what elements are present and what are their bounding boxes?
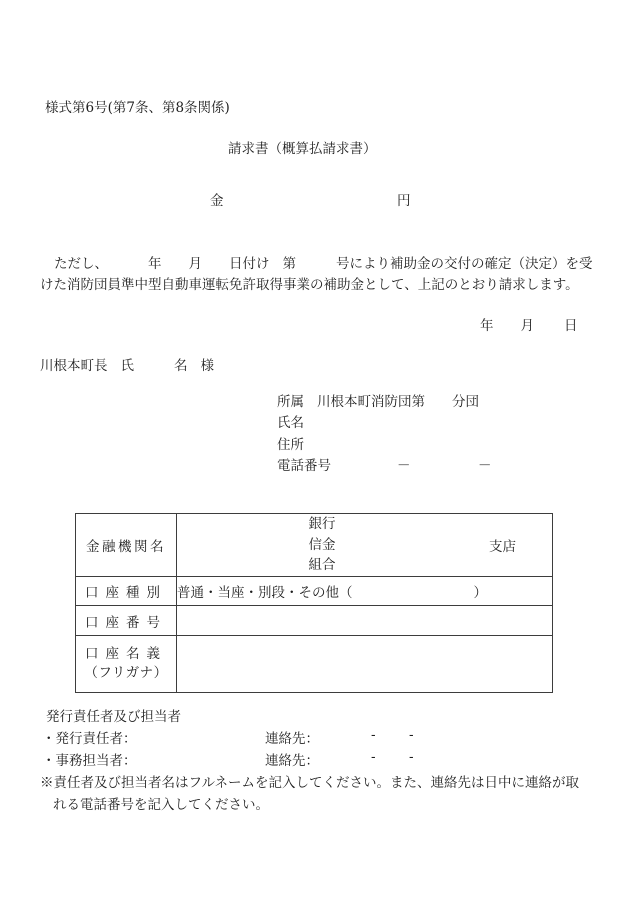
account-type-options: 普通・当座・別段・その他（ (177, 585, 353, 601)
phone-dash-2: － (478, 456, 492, 477)
document-title: 請求書（概算払請求書） (228, 137, 377, 157)
bank-name-cell: 銀行 信金 組合 支店 (177, 514, 553, 577)
table-row-account-number: 口座番号 (76, 606, 553, 636)
clerk-label: ・事務担当者： (42, 749, 137, 769)
date-day-label: 日 (564, 318, 578, 334)
contact-dash-2: - (409, 727, 414, 743)
amount-suffix: 円 (397, 189, 411, 209)
affiliation-label: 所属 (277, 394, 304, 410)
body-line-2: けた消防団員準中型自動車運転免許取得事業の補助金として、上記のとおり請求します。 (40, 275, 606, 296)
table-row-account-holder: 口座名義 （フリガナ） (76, 636, 553, 693)
note-line-2: れる電話番号を記入してください。 (53, 793, 269, 813)
note-line-1: ※責任者及び担当者名はフルネームを記入してください。また、連絡先は日中に連絡が取 (40, 771, 579, 791)
affiliation-value: 川根本町消防団第 (317, 394, 425, 410)
bank-type-kumiai: 組合 (177, 555, 467, 576)
issuer-section: 発行責任者及び担当者 ・発行責任者： 連絡先： - - ・事務担当者： 連絡先：… (0, 705, 630, 825)
bank-type-bank: 銀行 (177, 514, 467, 535)
addressee-office: 川根本町長 (40, 358, 108, 374)
body-paragraph: ただし、年月日付け第号により補助金の交付の確定（決定）を受 けた消防団員準中型自… (40, 254, 606, 296)
bank-account-table: 金融機関名 銀行 信金 組合 支店 口座種別 普通・当座・別段・その他（） 口座… (75, 513, 553, 693)
phone-label: 電話番号 (277, 458, 331, 474)
affiliation-suffix: 分団 (452, 394, 479, 410)
contact-dash-1: - (371, 749, 376, 765)
issuer-label: ・発行責任者： (42, 727, 137, 747)
issuer-row: ・発行責任者： 連絡先： - - (0, 727, 630, 745)
account-type-label: 口座種別 (76, 577, 177, 606)
applicant-block: 所属川根本町消防団第分団 氏名 住所 電話番号 － － (277, 392, 479, 477)
table-row-account-type: 口座種別 普通・当座・別段・その他（） (76, 577, 553, 606)
addressee-line: 川根本町長氏名様 (40, 354, 214, 374)
account-holder-label: 口座名義 （フリガナ） (76, 636, 177, 693)
furigana-label: （フリガナ） (76, 664, 176, 683)
date-line: 年月日 (480, 314, 578, 334)
contact-label: 連絡先： (265, 727, 319, 747)
issuer-heading: 発行責任者及び担当者 (46, 705, 181, 725)
bank-name-label: 金融機関名 (76, 514, 177, 577)
document-page: 様式第6号(第7条、第8条関係) 請求書（概算払請求書） 金 円 ただし、年月日… (0, 0, 630, 903)
form-code: 様式第6号(第7条、第8条関係) (45, 96, 230, 116)
branch-label: 支店 (489, 535, 516, 555)
date-month-label: 月 (521, 318, 535, 334)
account-number-cell (177, 606, 553, 636)
name-line: 氏名 (277, 413, 479, 434)
amount-line: 金 円 (0, 189, 630, 207)
account-holder-cell (177, 636, 553, 693)
phone-dash-1: － (397, 456, 411, 477)
date-year-label: 年 (480, 318, 494, 334)
contact-dash-2: - (409, 749, 414, 765)
body-line-1: ただし、年月日付け第号により補助金の交付の確定（決定）を受 (40, 254, 606, 275)
amount-prefix: 金 (210, 189, 224, 209)
affiliation-line: 所属川根本町消防団第分団 (277, 392, 479, 413)
account-type-close-paren: ） (474, 585, 488, 601)
clerk-row: ・事務担当者： 連絡先： - - (0, 749, 630, 767)
account-number-label: 口座番号 (76, 606, 177, 636)
bank-type-shinkin: 信金 (177, 535, 467, 556)
table-row-bank-name: 金融機関名 銀行 信金 組合 支店 (76, 514, 553, 577)
contact-dash-1: - (371, 727, 376, 743)
address-line: 住所 (277, 435, 479, 456)
phone-line: 電話番号 － － (277, 456, 479, 477)
contact-label: 連絡先： (265, 749, 319, 769)
account-type-cell: 普通・当座・別段・その他（） (177, 577, 553, 606)
bank-type-options: 銀行 信金 組合 (177, 514, 467, 576)
